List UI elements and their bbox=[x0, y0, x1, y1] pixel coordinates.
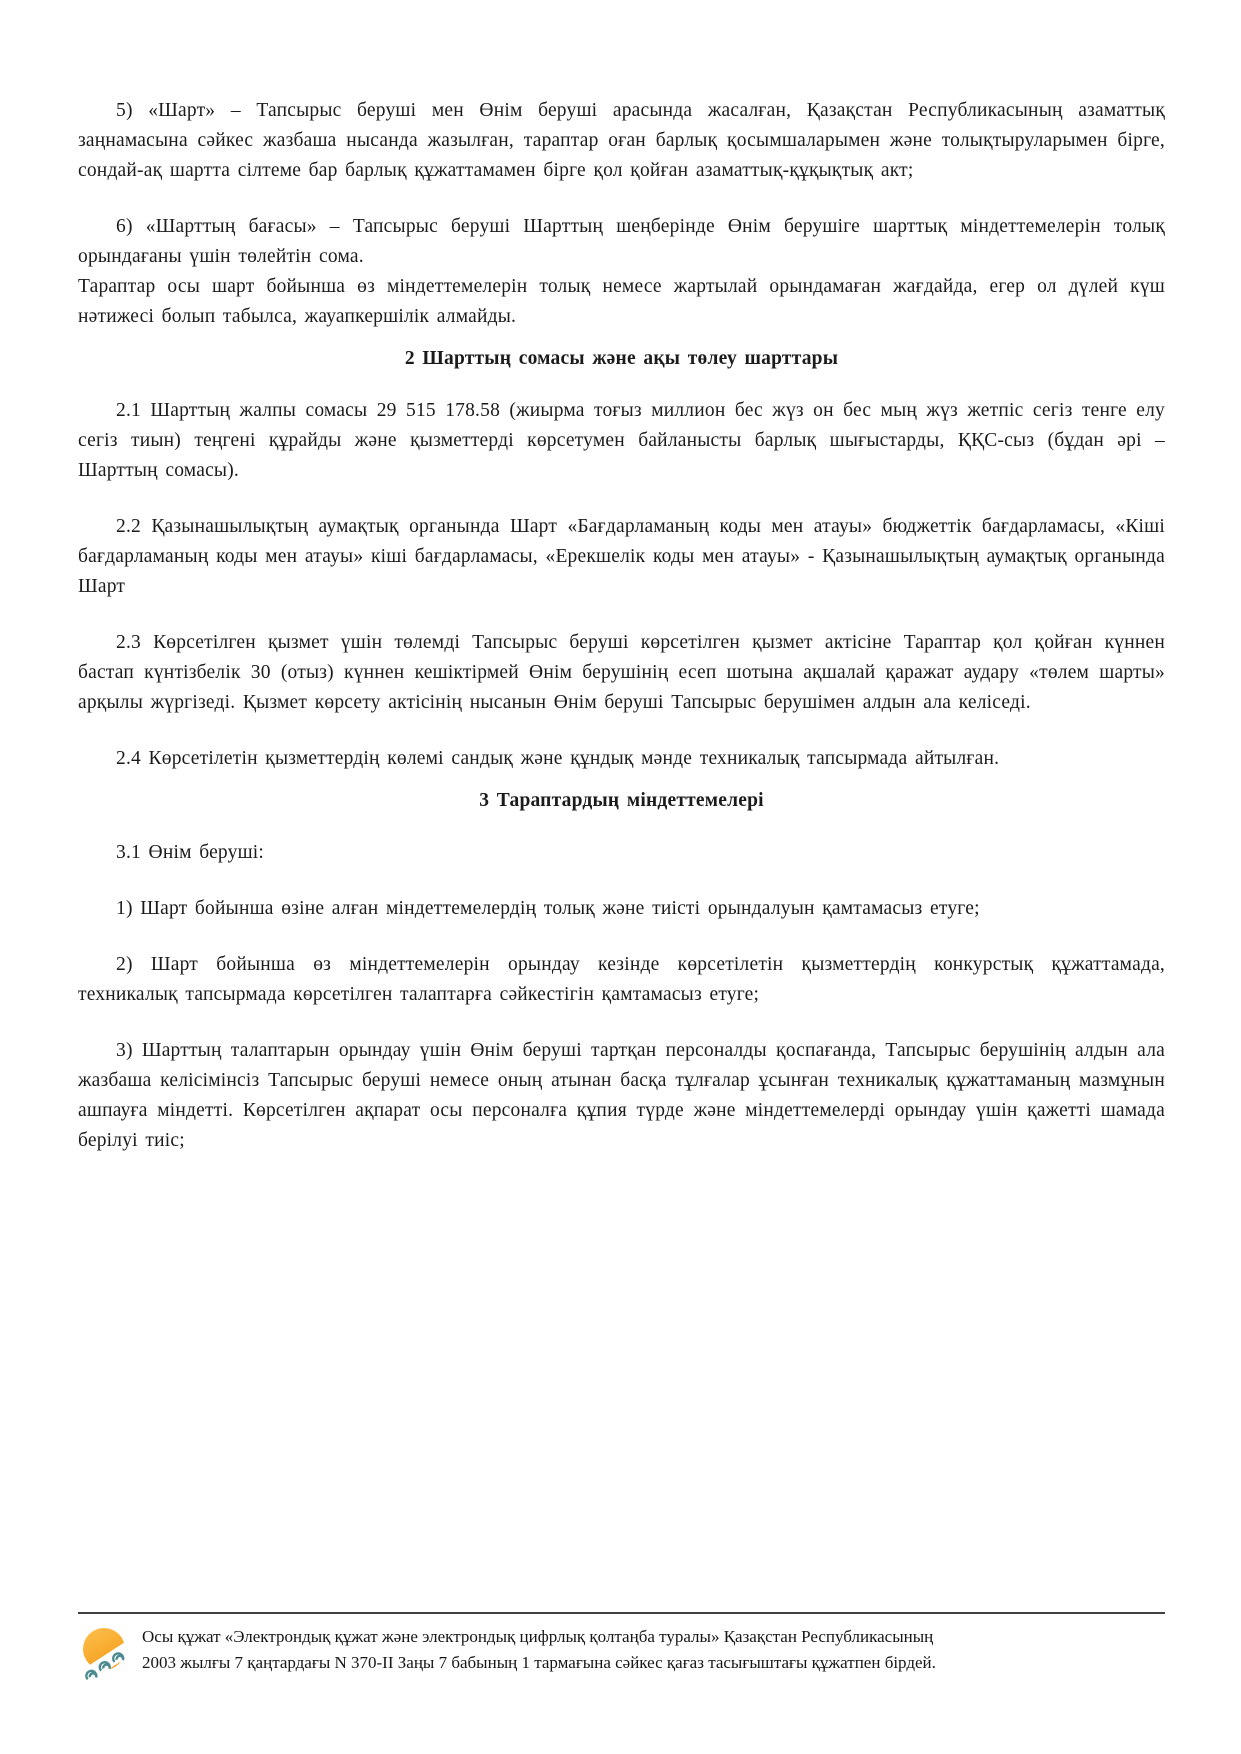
clause-2-1-total-sum: 2.1 Шарттың жалпы сомасы 29 515 178.58 (… bbox=[78, 396, 1165, 486]
clause-force-majeure-note: Тараптар осы шарт бойынша өз міндеттемел… bbox=[78, 272, 1165, 332]
clause-5-contract-definition: 5) «Шарт» – Тапсырыс беруші мен Өнім бер… bbox=[78, 96, 1165, 186]
clause-3-1-supplier: 3.1 Өнім беруші: bbox=[78, 838, 1165, 868]
clause-2-2-treasury-registration: 2.2 Қазынашылықтың аумақтық органында Ша… bbox=[78, 512, 1165, 602]
section-2-heading: 2 Шарттың сомасы және ақы төлеу шарттары bbox=[78, 344, 1165, 374]
clause-2-3-payment-terms: 2.3 Көрсетілген қызмет үшін төлемді Тапс… bbox=[78, 628, 1165, 718]
clause-2-4-service-volume: 2.4 Көрсетілетін қызметтердің көлемі сан… bbox=[78, 744, 1165, 774]
esign-footer: Осы құжат «Электрондық құжат және электр… bbox=[78, 1612, 1165, 1687]
clause-6-contract-price-definition: 6) «Шарттың бағасы» – Тапсырыс беруші Ша… bbox=[78, 212, 1165, 272]
contract-page-body: 5) «Шарт» – Тапсырыс беруші мен Өнім бер… bbox=[0, 0, 1241, 1520]
esign-logo-graphic bbox=[80, 1626, 132, 1682]
clause-3-1-item-1: 1) Шарт бойынша өзіне алған міндеттемеле… bbox=[78, 894, 1165, 924]
clause-3-1-item-3: 3) Шарттың талаптарын орындау үшін Өнім … bbox=[78, 1036, 1165, 1156]
esign-footer-note: Осы құжат «Электрондық құжат және электр… bbox=[142, 1624, 942, 1675]
section-3-heading: 3 Тараптардың міндеттемелері bbox=[78, 786, 1165, 816]
clause-3-1-item-2: 2) Шарт бойынша өз міндеттемелерін орынд… bbox=[78, 950, 1165, 1010]
esign-stamp-logo bbox=[80, 1626, 132, 1687]
